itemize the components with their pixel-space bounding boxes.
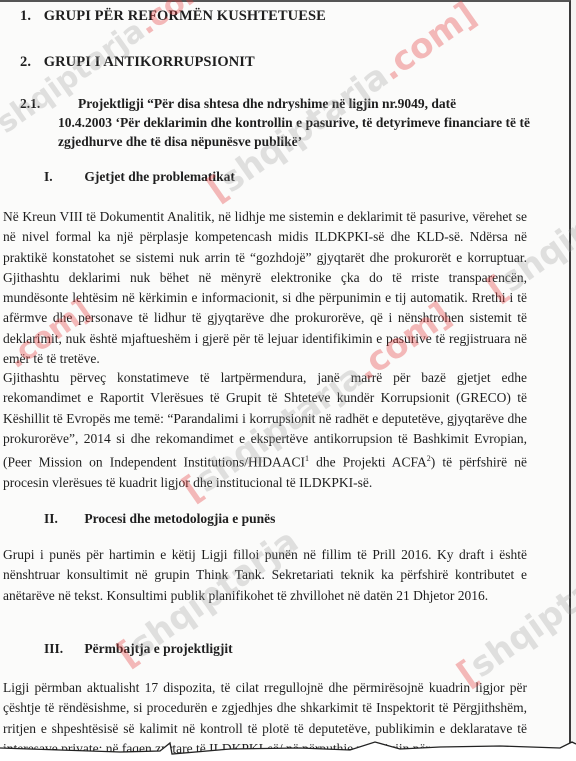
torn-edge [0,740,576,761]
heading-text: GRUPI PËR REFORMËN KUSHTETUESE [44,8,326,24]
section-number: II. [44,511,81,527]
heading-1: 1. GRUPI PËR REFORMËN KUSHTETUESE [20,8,326,25]
heading-text: GRUPI I ANTIKORRUPSIONIT [44,54,255,70]
subsection-title-line1: Projektligji “Për disa shtesa dhe ndrysh… [78,96,456,111]
section-title: Gjetjet dhe problematikat [84,169,234,184]
section-heading-i: I. Gjetjet dhe problematikat [44,169,235,185]
section-title: Përmbajtja e projektligjit [84,641,232,656]
section-heading-iii: III. Përmbajtja e projektligjit [44,641,233,657]
section-number: I. [44,169,81,185]
heading-2: 2. GRUPI I ANTIKORRUPSIONIT [20,54,255,71]
heading-number: 2. [20,54,40,71]
paragraph-process: Grupi i punës për hartimin e këtij Ligji… [3,545,527,606]
heading-number: 1. [20,8,40,25]
text-run: dhe Projekti ACFA [309,455,427,470]
section-title: Procesi dhe metodologjia e punës [84,511,275,526]
section-heading-ii: II. Procesi dhe metodologjia e punës [44,511,275,527]
document-page: 1. GRUPI PËR REFORMËN KUSHTETUESE 2. GRU… [0,0,571,761]
subsection-number: 2.1. [20,94,78,113]
subsection-2-1: 2.1.Projektligji “Për disa shtesa dhe nd… [20,94,530,151]
subsection-title-rest: 10.4.2003 ‘Për deklarimin dhe kontrollin… [20,113,530,151]
section-number: III. [44,641,81,657]
paragraph-findings: Në Kreun VIII të Dokumentit Analitik, në… [3,207,527,369]
paragraph-recommendations: Gjithashtu përveç konstatimeve të lartpë… [3,368,527,493]
